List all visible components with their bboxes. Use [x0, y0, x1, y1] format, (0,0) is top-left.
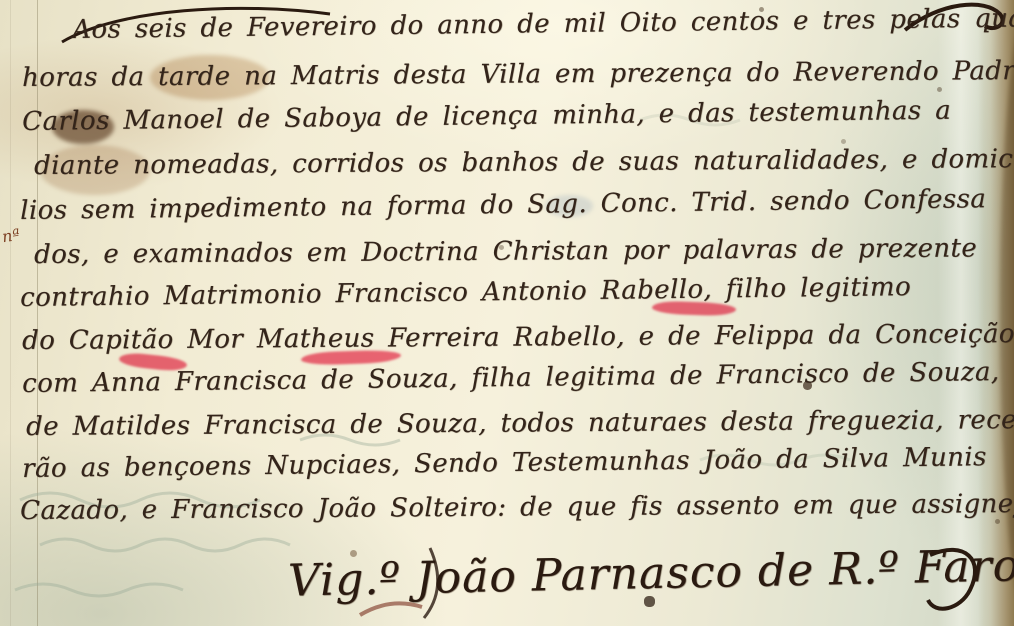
ink-specks — [0, 0, 3, 3]
manuscript-line: de Matildes Francisca de Souza, todos na… — [26, 405, 1014, 442]
manuscript-line: Carlos Manoel de Saboya de licença minha… — [22, 96, 951, 137]
manuscript-line: horas da tarde na Matris desta Villa em … — [22, 56, 1014, 93]
flourish-overlay — [0, 0, 1014, 626]
priest-signature: Vig.º João Parnasco de R.º Faro — [288, 540, 1014, 606]
manuscript-line: do Capitão Mor Matheus Ferreira Rabello,… — [22, 319, 1014, 356]
manuscript-line: dos, e examinados em Doctrina Christan p… — [34, 233, 977, 270]
manuscript-line: rão as bençoens Nupciaes, Sendo Testemun… — [22, 442, 987, 484]
page-margin-crease — [37, 0, 38, 626]
page-crease-line — [10, 0, 11, 626]
manuscript-line: Aos seis de Fevereiro do anno de mil Oit… — [72, 3, 1014, 45]
manuscript-line: contrahio Matrimonio Francisco Antonio R… — [20, 272, 911, 313]
manuscript-line: diante nomeadas, corridos os banhos de s… — [34, 144, 1014, 181]
manuscript-line: lios sem impedimento na forma do Sag. Co… — [20, 184, 986, 226]
manuscript-line: Cazado, e Francisco João Solteiro: de qu… — [20, 489, 1014, 526]
manuscript-page: Aos seis de Fevereiro do anno de mil Oit… — [0, 0, 1014, 626]
red-brown-stroke-bottom — [360, 603, 422, 615]
margin-note: nª — [1, 225, 21, 246]
